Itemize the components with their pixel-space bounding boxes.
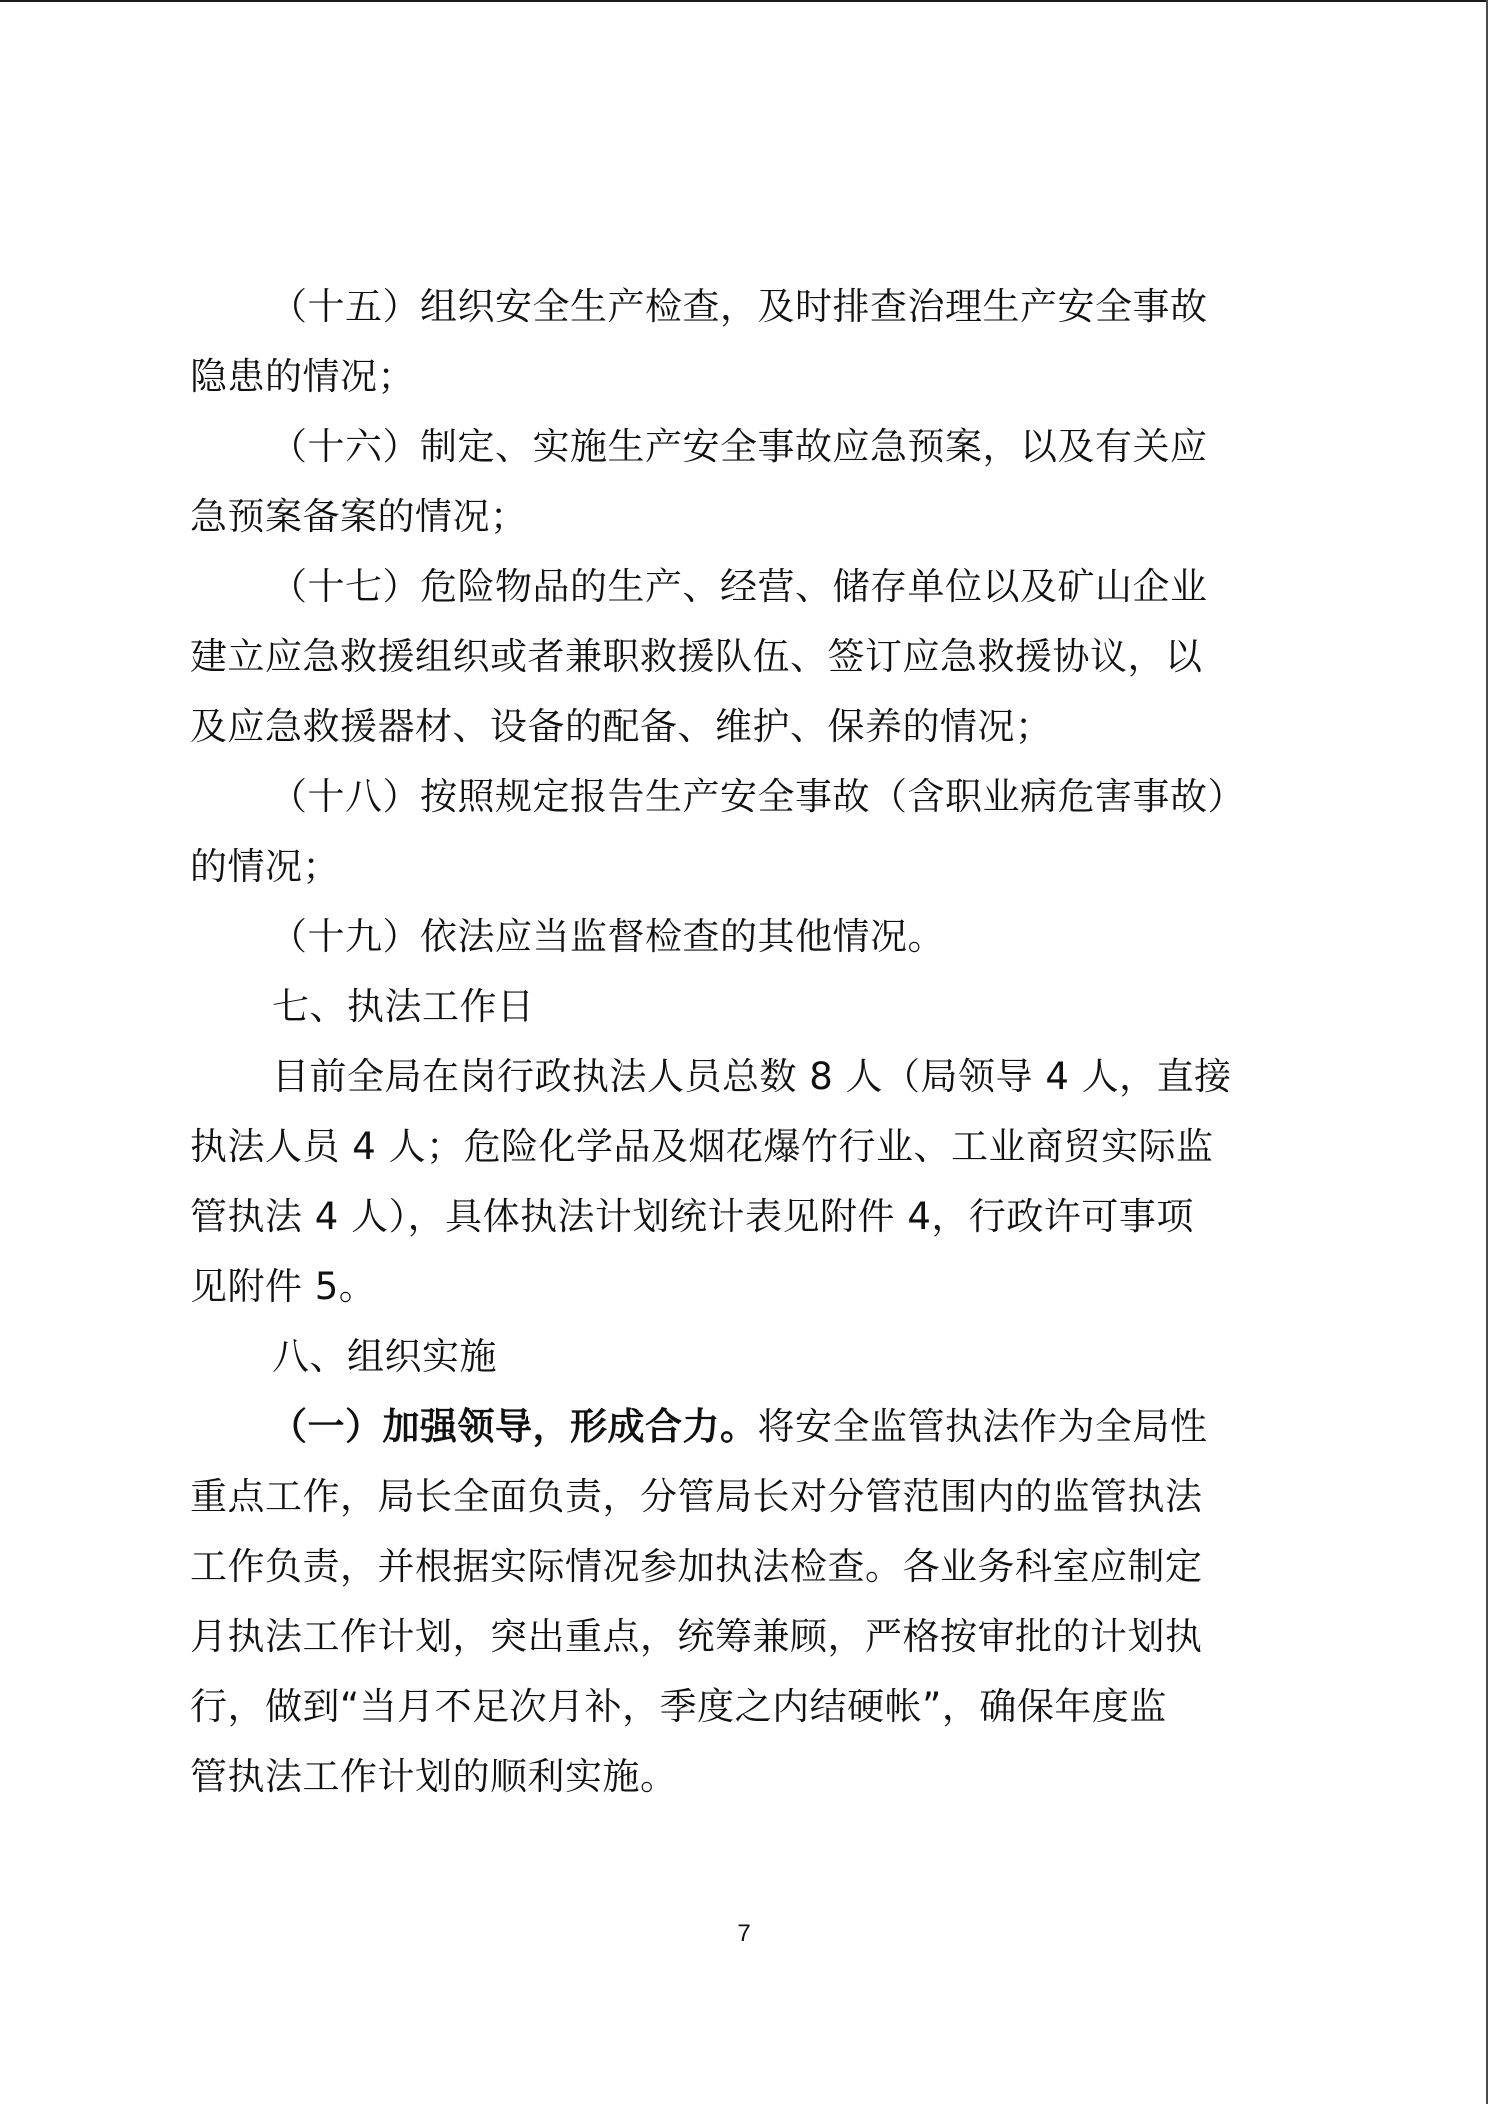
paragraph-item-16: （十六）制定、实施生产安全事故应急预案，以及有关应 急预案备案的情况； — [190, 412, 1300, 552]
text-line: （十五）组织安全生产检查，及时排查治理生产安全事故 — [190, 272, 1300, 342]
text-line: （一）加强领导，形成合力。将安全监管执法作为全局性 — [190, 1392, 1300, 1462]
text-line: 工作负责，并根据实际情况参加执法检查。各业务科室应制定 — [190, 1532, 1300, 1602]
document-body: （十五）组织安全生产检查，及时排查治理生产安全事故 隐患的情况； （十六）制定、… — [190, 272, 1300, 1812]
text-line: 的情况； — [190, 832, 1300, 902]
text-line: 急预案备案的情况； — [190, 482, 1300, 552]
bold-lead-phrase: （一）加强领导，形成合力。 — [270, 1405, 758, 1448]
section-heading-7: 七、执法工作日 — [190, 972, 1300, 1042]
page-number: 7 — [0, 1920, 1488, 1948]
paragraph-item-17: （十七）危险物品的生产、经营、储存单位以及矿山企业 建立应急救援组织或者兼职救援… — [190, 552, 1300, 762]
section-heading: 七、执法工作日 — [190, 972, 1300, 1042]
text-line: 建立应急救援组织或者兼职救援队伍、签订应急救援协议，以 — [190, 622, 1300, 692]
text-line: 见附件 5。 — [190, 1252, 1300, 1322]
text-line: 及应急救援器材、设备的配备、维护、保养的情况； — [190, 692, 1300, 762]
text-line: （十九）依法应当监督检查的其他情况。 — [190, 902, 1300, 972]
paragraph-item-19: （十九）依法应当监督检查的其他情况。 — [190, 902, 1300, 972]
text-line: 执法人员 4 人；危险化学品及烟花爆竹行业、工业商贸实际监 — [190, 1112, 1300, 1182]
paragraph-section-8-item-1: （一）加强领导，形成合力。将安全监管执法作为全局性 重点工作，局长全面负责，分管… — [190, 1392, 1300, 1812]
section-heading: 八、组织实施 — [190, 1322, 1300, 1392]
text-line: 月执法工作计划，突出重点，统筹兼顾，严格按审批的计划执 — [190, 1602, 1300, 1672]
text-line: 重点工作，局长全面负责，分管局长对分管范围内的监管执法 — [190, 1462, 1300, 1532]
text-line: 管执法工作计划的顺利实施。 — [190, 1742, 1300, 1812]
text-line: （十六）制定、实施生产安全事故应急预案，以及有关应 — [190, 412, 1300, 482]
paragraph-section-7-body: 目前全局在岗行政执法人员总数 8 人（局领导 4 人，直接 执法人员 4 人；危… — [190, 1042, 1300, 1322]
text-line: （十八）按照规定报告生产安全事故（含职业病危害事故） — [190, 762, 1300, 832]
text-line: 行，做到“当月不足次月补，季度之内结硬帐”，确保年度监 — [190, 1672, 1300, 1742]
paragraph-item-18: （十八）按照规定报告生产安全事故（含职业病危害事故） 的情况； — [190, 762, 1300, 902]
section-heading-8: 八、组织实施 — [190, 1322, 1300, 1392]
text-line: 管执法 4 人），具体执法计划统计表见附件 4，行政许可事项 — [190, 1182, 1300, 1252]
page-top-border — [0, 0, 1488, 2]
paragraph-item-15: （十五）组织安全生产检查，及时排查治理生产安全事故 隐患的情况； — [190, 272, 1300, 412]
text-line: 隐患的情况； — [190, 342, 1300, 412]
text-line: 目前全局在岗行政执法人员总数 8 人（局领导 4 人，直接 — [190, 1042, 1300, 1112]
text-line: （十七）危险物品的生产、经营、储存单位以及矿山企业 — [190, 552, 1300, 622]
text-run: 将安全监管执法作为全局性 — [758, 1405, 1208, 1448]
